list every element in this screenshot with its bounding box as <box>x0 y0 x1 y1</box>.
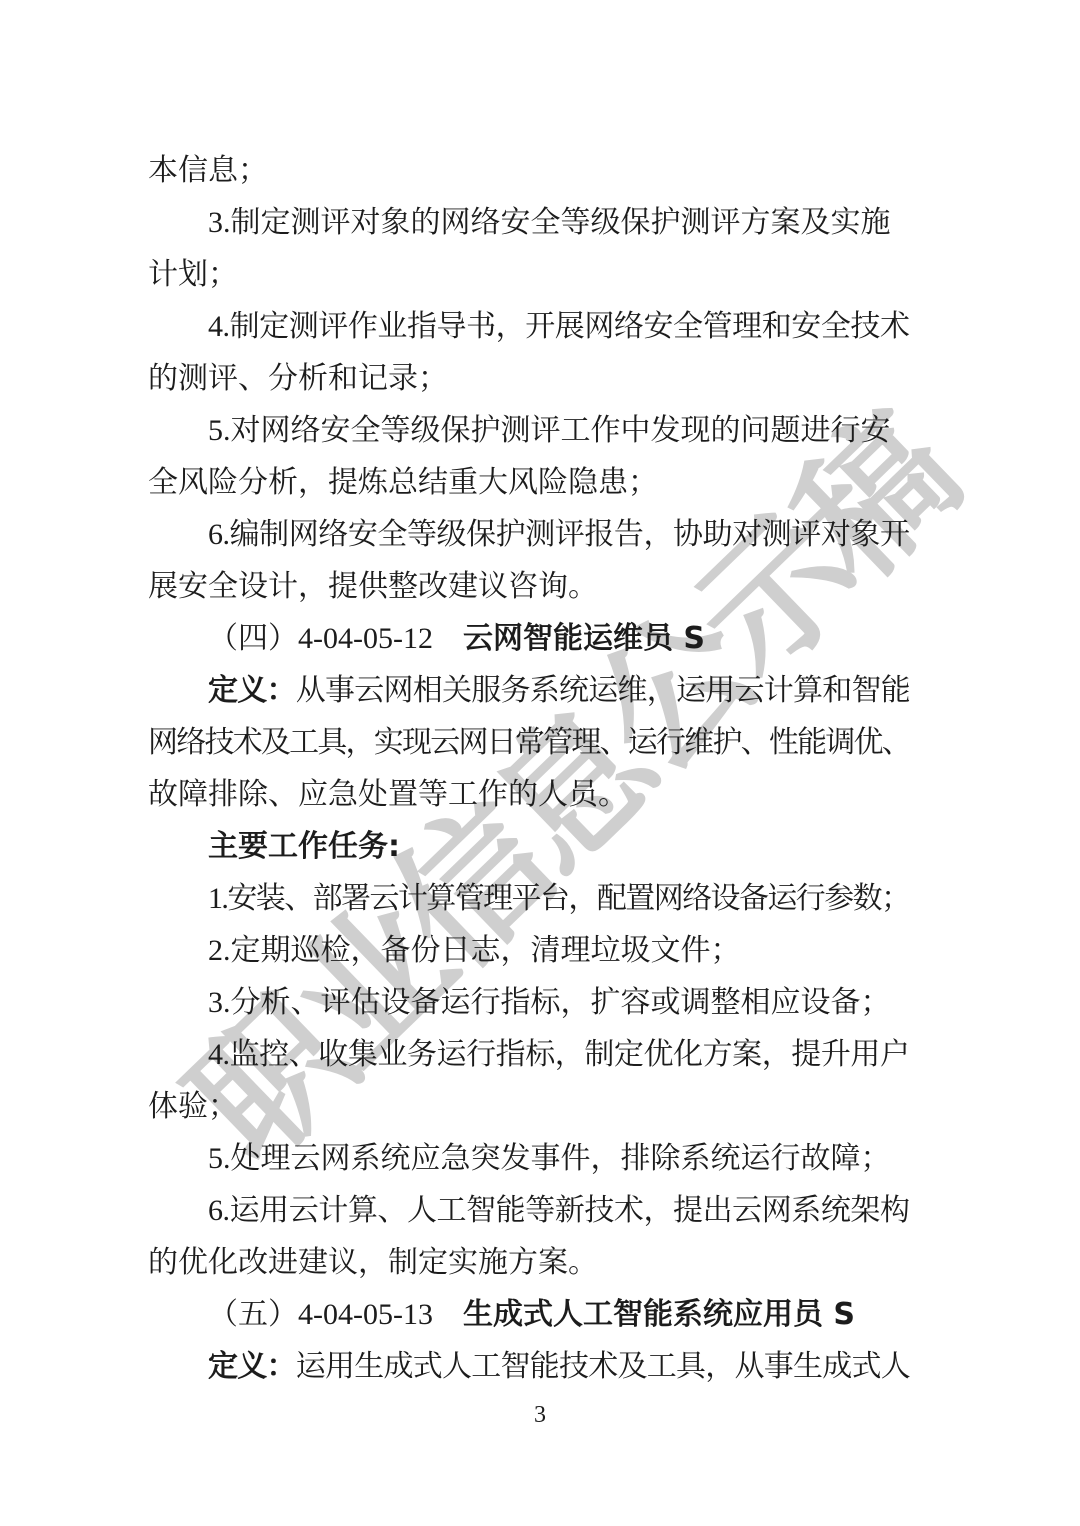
text-run: 体验； <box>148 1090 238 1123</box>
text-run: 的优化改进建议，制定实施方案。 <box>148 1246 598 1279</box>
body-line: 展安全设计，提供整改建议咨询。 <box>148 561 910 613</box>
body-line: 网络技术及工具，实现云网日常管理、运行维护、性能调优、 <box>148 717 910 769</box>
body-line: 5.处理云网系统应急突发事件，排除系统运行故障； <box>148 1133 910 1185</box>
section-heading: （四）4-04-05-12 云网智能运维员 S <box>148 613 910 665</box>
text-run: 全风险分析，提炼总结重大风险隐患； <box>148 466 658 499</box>
body-line: 体验； <box>148 1081 910 1133</box>
body-line: 3.分析、评估设备运行指标，扩容或调整相应设备； <box>148 977 910 1029</box>
document-page: 职业信息公示稿 本信息；3.制定测评对象的网络安全等级保护测评方案及实施计划；4… <box>0 0 1080 1526</box>
body-line: 3.制定测评对象的网络安全等级保护测评方案及实施 <box>148 197 910 249</box>
text-run: 5.处理云网系统应急突发事件，排除系统运行故障； <box>208 1142 891 1175</box>
body-line: 4.监控、收集业务运行指标，制定优化方案，提升用户 <box>148 1029 910 1081</box>
body-line: 故障排除、应急处置等工作的人员。 <box>148 769 910 821</box>
body-line: 1.安装、部署云计算管理平台，配置网络设备运行参数； <box>148 873 910 925</box>
text-run-bold: 生成式人工智能系统应用员 S <box>463 1297 855 1332</box>
text-run: 运用生成式人工智能技术及工具，从事生成式人 <box>296 1350 910 1383</box>
text-run: （五）4-04-05-13 <box>208 1298 463 1331</box>
text-run: （四）4-04-05-12 <box>208 622 463 655</box>
body-line: 6.运用云计算、人工智能等新技术，提出云网系统架构 <box>148 1185 910 1237</box>
text-run: 6.编制网络安全等级保护测评报告，协助对测评对象开 <box>208 518 910 551</box>
text-run: 本信息； <box>148 154 268 187</box>
section-heading: （五）4-04-05-13 生成式人工智能系统应用员 S <box>148 1289 910 1341</box>
text-run: 1.安装、部署云计算管理平台，配置网络设备运行参数； <box>208 882 910 915</box>
body-line: 全风险分析，提炼总结重大风险隐患； <box>148 457 910 509</box>
text-run: 计划； <box>148 258 238 291</box>
page-number: 3 <box>0 1402 1080 1429</box>
text-run-bold: 云网智能运维员 S <box>463 621 705 656</box>
text-run: 故障排除、应急处置等工作的人员。 <box>148 778 628 811</box>
text-run: 的测评、分析和记录； <box>148 362 448 395</box>
text-run: 5.对网络安全等级保护测评工作中发现的问题进行安 <box>208 414 891 447</box>
body-line: 4.制定测评作业指导书，开展网络安全管理和安全技术 <box>148 301 910 353</box>
body-line: 的优化改进建议，制定实施方案。 <box>148 1237 910 1289</box>
body-line: 2.定期巡检，备份日志，清理垃圾文件； <box>148 925 910 977</box>
definition-line: 定义：从事云网相关服务系统运维，运用云计算和智能 <box>148 665 910 717</box>
body-line: 本信息； <box>148 145 910 197</box>
text-run: 网络技术及工具，实现云网日常管理、运行维护、性能调优、 <box>148 726 910 759</box>
text-run-bold: 定义： <box>208 1349 296 1384</box>
tasks-heading: 主要工作任务: <box>148 821 910 873</box>
text-run: 3.制定测评对象的网络安全等级保护测评方案及实施 <box>208 206 891 239</box>
text-run: 3.分析、评估设备运行指标，扩容或调整相应设备； <box>208 986 891 1019</box>
body-line: 的测评、分析和记录； <box>148 353 910 405</box>
document-body: 本信息；3.制定测评对象的网络安全等级保护测评方案及实施计划；4.制定测评作业指… <box>148 145 910 1393</box>
text-run: 展安全设计，提供整改建议咨询。 <box>148 570 598 603</box>
text-run: 4.制定测评作业指导书，开展网络安全管理和安全技术 <box>208 310 910 343</box>
text-run: 从事云网相关服务系统运维，运用云计算和智能 <box>296 674 910 707</box>
body-line: 6.编制网络安全等级保护测评报告，协助对测评对象开 <box>148 509 910 561</box>
text-run: 6.运用云计算、人工智能等新技术，提出云网系统架构 <box>208 1194 910 1227</box>
definition-line: 定义：运用生成式人工智能技术及工具，从事生成式人 <box>148 1341 910 1393</box>
text-run-bold: 主要工作任务: <box>208 829 400 864</box>
text-run: 2.定期巡检，备份日志，清理垃圾文件； <box>208 934 741 967</box>
text-run-bold: 定义： <box>208 673 296 708</box>
text-run: 4.监控、收集业务运行指标，制定优化方案，提升用户 <box>208 1038 910 1071</box>
body-line: 计划； <box>148 249 910 301</box>
body-line: 5.对网络安全等级保护测评工作中发现的问题进行安 <box>148 405 910 457</box>
